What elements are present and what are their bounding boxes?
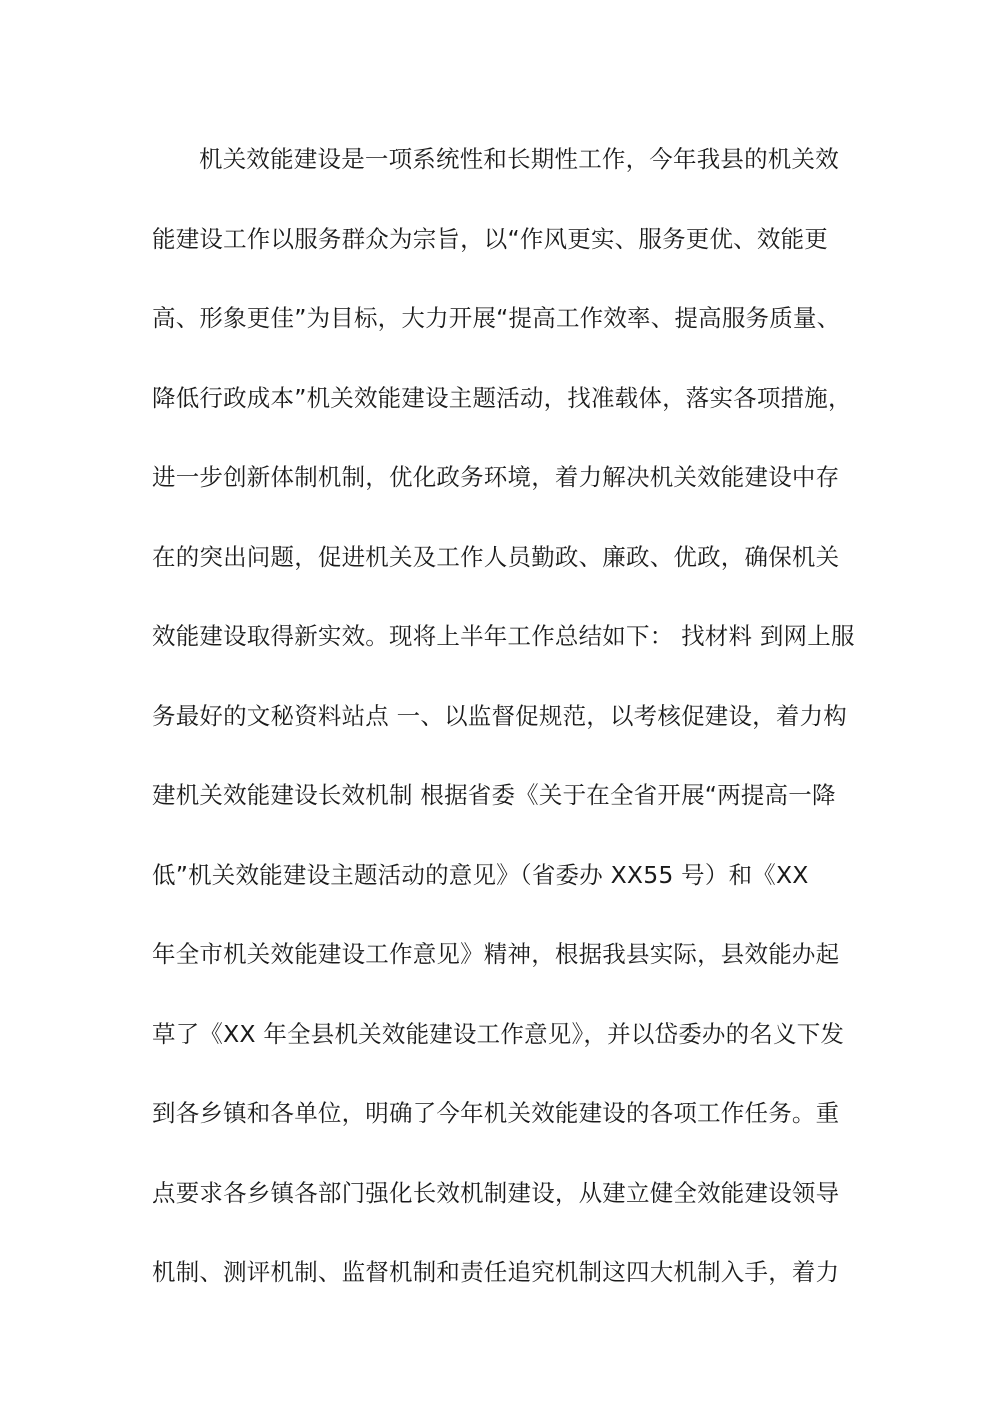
paragraph-line: 点要求各乡镇各部门强化长效机制建设，从建立健全效能建设领导 — [152, 1174, 852, 1254]
paragraph-line: 机制、测评机制、监督机制和责任追究机制这四大机制入手，着力 — [152, 1253, 852, 1333]
paragraph-line: 务最好的文秘资料站点 一、以监督促规范，以考核促建设，着力构 — [152, 697, 852, 777]
paragraph-line: 降低行政成本”机关效能建设主题活动，找准载体，落实各项措施， — [152, 379, 852, 459]
paragraph-line: 年全市机关效能建设工作意见》精神，根据我县实际，县效能办起 — [152, 935, 852, 1015]
paragraph-line: 到各乡镇和各单位，明确了今年机关效能建设的各项工作任务。重 — [152, 1094, 852, 1174]
paragraph-line: 机关效能建设是一项系统性和长期性工作，今年我县的机关效 — [152, 140, 852, 220]
paragraph-line: 草了《XX 年全县机关效能建设工作意见》，并以岱委办的名义下发 — [152, 1015, 852, 1095]
paragraph-line: 高、形象更佳”为目标，大力开展“提高工作效率、提高服务质量、 — [152, 299, 852, 379]
paragraph-line: 进一步创新体制机制，优化政务环境，着力解决机关效能建设中存 — [152, 458, 852, 538]
paragraph-line: 效能建设取得新实效。现将上半年工作总结如下： 找材料 到网上服 — [152, 617, 852, 697]
paragraph-line: 能建设工作以服务群众为宗旨，以“作风更实、服务更优、效能更 — [152, 220, 852, 300]
document-page: 机关效能建设是一项系统性和长期性工作，今年我县的机关效 能建设工作以服务群众为宗… — [0, 0, 1000, 1415]
body-paragraph: 机关效能建设是一项系统性和长期性工作，今年我县的机关效 能建设工作以服务群众为宗… — [152, 140, 852, 1333]
paragraph-line: 建机关效能建设长效机制 根据省委《关于在全省开展“两提高一降 — [152, 776, 852, 856]
paragraph-line: 低”机关效能建设主题活动的意见》（省委办 XX55 号）和《XX — [152, 856, 852, 936]
paragraph-line: 在的突出问题，促进机关及工作人员勤政、廉政、优政，确保机关 — [152, 538, 852, 618]
